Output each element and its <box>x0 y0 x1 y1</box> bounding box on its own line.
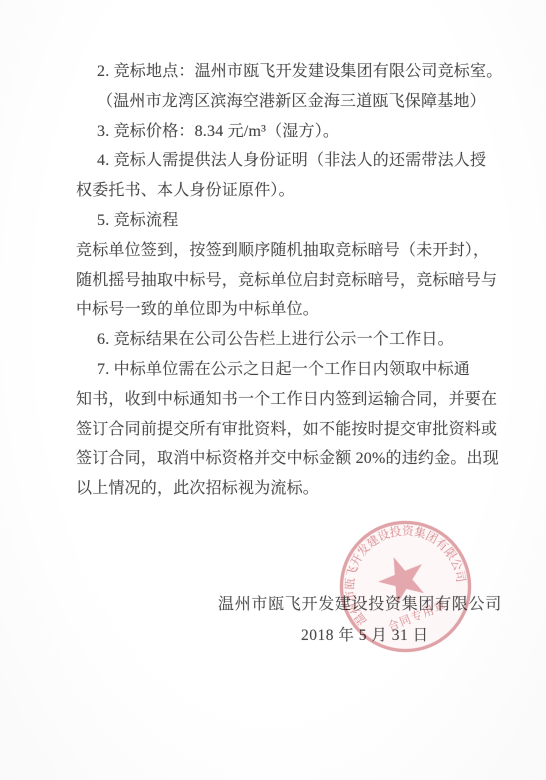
scanned-document-page: 2. 竞标地点：温州市瓯飞开发建设集团有限公司竞标室。（温州市龙湾区滨海空港新区… <box>0 0 546 780</box>
document-line: （温州市龙湾区滨海空港新区金海三道瓯飞保障基地） <box>76 87 500 117</box>
document-line: 2. 竞标地点：温州市瓯飞开发建设集团有限公司竞标室。 <box>76 57 500 87</box>
document-line: 4. 竞标人需提供法人身份证明（非法人的还需带法人授 <box>76 146 500 176</box>
document-line: 签订合同，取消中标资格并交中标金额 20%的违约金。出现 <box>76 444 500 474</box>
document-line: 知书，收到中标通知书一个工作日内签到运输合同，并要在 <box>76 385 500 415</box>
document-line: 3. 竞标价格：8.34 元/m³（湿方）。 <box>76 117 500 147</box>
document-line: 竞标单位签到，按签到顺序随机抽取竞标暗号（未开封）， <box>76 236 500 266</box>
document-line: 7. 中标单位需在公示之日起一个工作日内领取中标通 <box>76 355 500 385</box>
document-line: 6. 竞标结果在公司公告栏上进行公示一个工作日。 <box>76 325 500 355</box>
document-body: 2. 竞标地点：温州市瓯飞开发建设集团有限公司竞标室。（温州市龙湾区滨海空港新区… <box>76 57 500 504</box>
document-line: 签订合同前提交所有审批资料，如不能按时提交审批资料或 <box>76 415 500 445</box>
document-line: 5. 竞标流程 <box>76 206 500 236</box>
document-line: 权委托书、本人身份证原件）。 <box>76 176 500 206</box>
document-line: 随机摇号抽取中标号，竞标单位启封竞标暗号，竞标暗号与 <box>76 266 500 296</box>
company-seal-stamp: 温州市瓯飞开发建设投资集团有限公司 合同专用章 <box>315 496 496 677</box>
document-line: 中标号一致的单位即为中标单位。 <box>76 295 500 325</box>
